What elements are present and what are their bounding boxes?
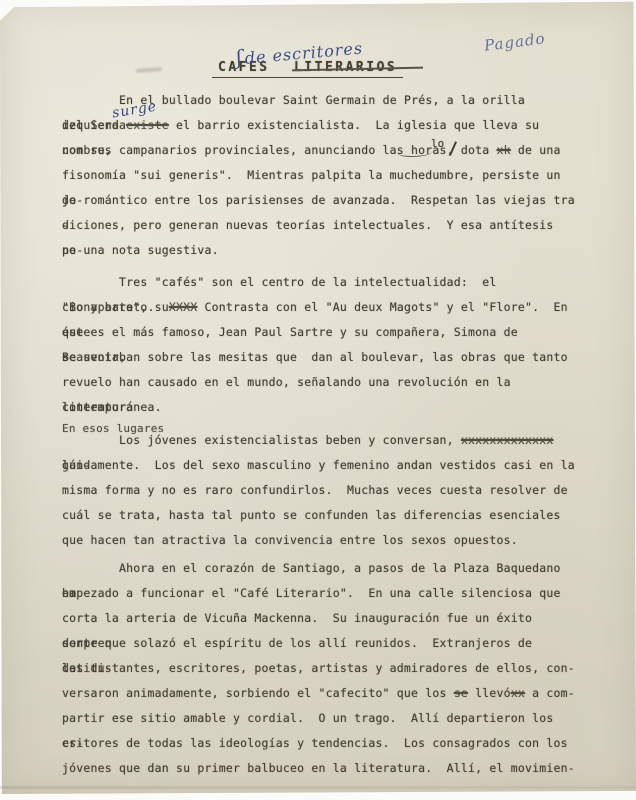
struck-text: xk [497, 143, 511, 157]
struck-text: xx [511, 686, 525, 700]
typed-line: contemporánea. [62, 395, 582, 420]
typed-line: revuelo han causado en el mundo, señalan… [62, 370, 582, 395]
typed-line: que hacen tan atractiva la convivencia e… [62, 528, 582, 553]
typed-line: con sus campanarios provinciales, anunci… [62, 138, 582, 163]
typed-line: jóvenes que dan su primer balbuceo en la… [62, 756, 582, 781]
typed-line: diciones, pero generan nuevas teorías in… [62, 213, 582, 238]
paragraph-3: Los jóvenes existencialistas beben y con… [62, 428, 582, 553]
typed-line: En el bullado boulevar Saint Germain de … [62, 88, 582, 113]
typed-line: se sentaban sobre las mesitas que dan al… [62, 345, 582, 370]
typed-line: des distantes, escritores, poetas, artis… [62, 656, 582, 681]
typed-line: Ahora en el corazón de Santiago, a pasos… [62, 556, 582, 581]
typed-line: que es el más famoso, Jean Paul Sartre y… [62, 320, 582, 345]
typed-line: partir ese sitio amable y cordial. O un … [62, 706, 582, 731]
paragraph-2: Tres "cafés" son el centro de la intelec… [62, 270, 582, 437]
typed-line: del Sena existe el barrio existencialist… [62, 113, 582, 138]
typed-line: ne una nota sugestiva. [62, 238, 582, 263]
typed-line: dente que solazó el espíritu de los allí… [62, 631, 582, 656]
typed-line: critores de todas las ideologías y tende… [62, 731, 582, 756]
paragraph-4: Ahora en el corazón de Santiago, a pasos… [62, 556, 582, 781]
struck-text: existe [126, 118, 169, 132]
typed-line: fisonomía "sui generis". Mientras palpit… [62, 163, 582, 188]
typed-line: versaron animadamente, sorbiendo el "caf… [62, 681, 582, 706]
scanned-page: CAFES LITERARIOS de escritores Pagado su… [0, 0, 636, 800]
typed-line: Tres "cafés" son el centro de la intelec… [62, 270, 582, 295]
typed-line: cio y barato. XXXX Contrasta con el "Au … [62, 295, 582, 320]
typed-line: misma forma y no es raro confundirlos. M… [62, 478, 582, 503]
typed-line: guidamente. Los del sexo masculino y fem… [62, 453, 582, 478]
paragraph-1: En el bullado boulevar Saint Germain de … [62, 88, 582, 263]
typed-line: Los jóvenes existencialistas beben y con… [62, 428, 582, 453]
typed-line: jo romántico entre los parisienses de av… [62, 188, 582, 213]
typed-line: empezado a funcionar el "Café Literario"… [62, 581, 582, 606]
struck-text: se [454, 686, 468, 700]
struck-text: xxxxxxxxxxxxx [461, 433, 554, 447]
typed-line: corta la arteria de Vicuña Mackenna. Su … [62, 606, 582, 631]
typed-line: cuál se trata, hasta tal punto se confun… [62, 503, 582, 528]
page-bottom-edge [0, 786, 636, 789]
struck-text: XXXX [169, 300, 198, 314]
